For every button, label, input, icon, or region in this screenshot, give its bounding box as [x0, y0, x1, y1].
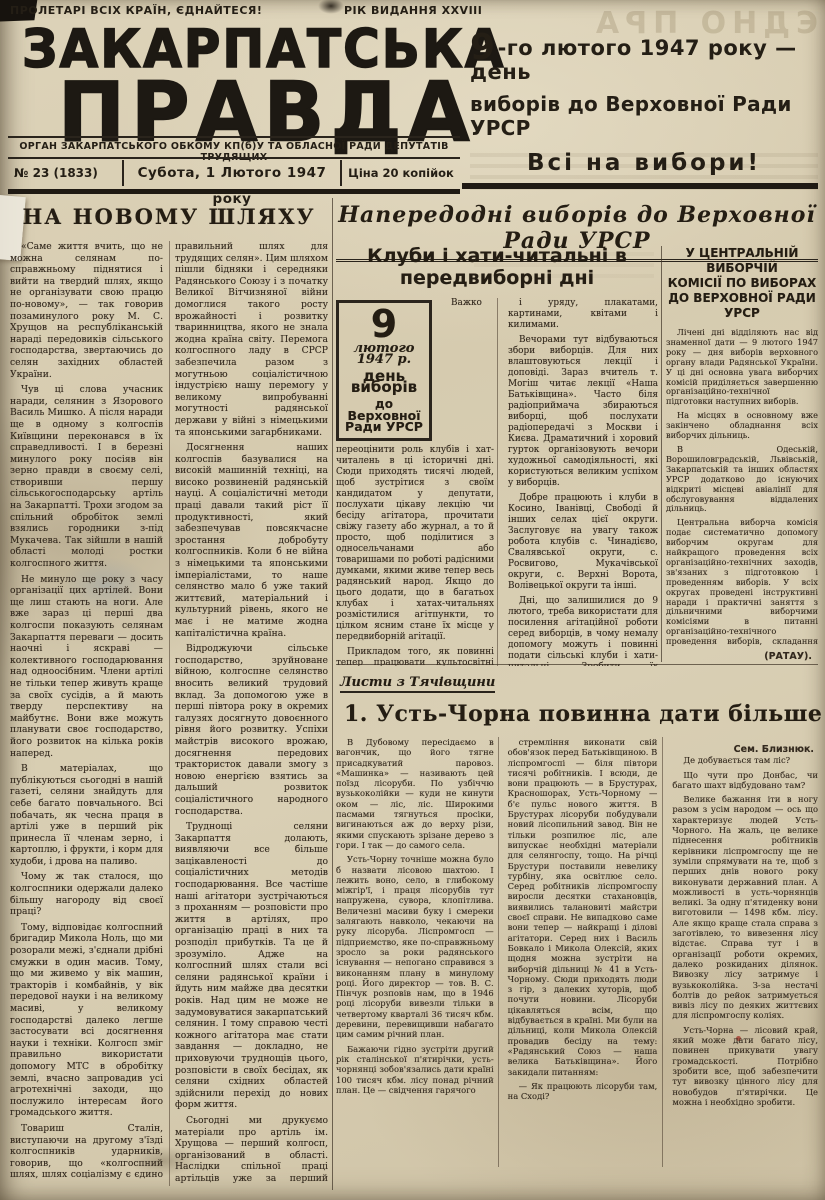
paragraph: В матеріалах, що публікуються сьогодні в… — [10, 763, 163, 867]
paragraph: На місцях в основному вже закінчено обла… — [666, 411, 818, 441]
paragraph: Вечорами тут відбуваються збори виборців… — [508, 335, 658, 489]
commission-title-line3: ДО ВЕРХОВНОЇ РАДИ УРСР — [666, 291, 818, 321]
date-box-day: 9 — [342, 309, 426, 339]
clubs-column-2: і уряду, плакатами, картинами, квітами і… — [497, 298, 658, 666]
thick-rule-right — [462, 183, 818, 189]
clubs-title-line2: передвиборні дні — [336, 268, 658, 290]
clubs-title: Клуби і хати-читальні в передвиборні дні — [336, 246, 658, 290]
edition-year: РІК ВИДАННЯ XXVIII — [344, 4, 482, 17]
paragraph: стремління виконати свій обов'язок перед… — [508, 737, 658, 1077]
paragraph: В Дубовому пересідаємо в вагончик, що йо… — [336, 737, 494, 850]
clubs-column-1: 9 лютого 1947 р. день виборів до Верховн… — [336, 298, 494, 666]
column-divider — [332, 198, 333, 1190]
paragraph: Бажаючи гідно зустріти другий рік сталін… — [336, 1044, 494, 1095]
author-signature: Сем. Близнюк. — [672, 745, 818, 755]
paragraph: Чув ці слова учасник наради, селянин з Я… — [10, 384, 163, 570]
paragraph: Труднощі селяни Закарпаття долають, вияв… — [175, 821, 328, 1111]
paragraph: Усть-Чорна — лісовий край, який може дат… — [672, 1025, 818, 1107]
rule — [8, 136, 460, 138]
commission-article: У ЦЕНТРАЛЬНІЙ ВИБОРЧІЙ КОМІСІЇ ПО ВИБОРА… — [666, 246, 818, 662]
clubs-title-line1: Клуби і хати-читальні в — [336, 246, 658, 268]
issue-price: Ціна 20 копійок — [342, 166, 460, 180]
paragraph: Досягнення наших колгоспів базувалися на… — [175, 442, 328, 639]
commission-title-line2: КОМІСІЇ ПО ВИБОРАХ — [666, 276, 818, 291]
paragraph: і уряду, плакатами, картинами, квітами і… — [508, 298, 658, 331]
announcement-line3: Всі на вибори! — [470, 150, 818, 176]
letters-headline: 1. Усть-Чорна повинна дати більше лісу! — [344, 701, 818, 727]
commission-body: Лічені дні відділяють нас від знаменної … — [666, 328, 818, 647]
section-kicker: Листи з Тячівщини — [340, 675, 495, 693]
paragraph: Велике бажання іти в ногу разом з усім н… — [672, 794, 818, 1021]
letters-column-2: стремління виконати свій обов'язок перед… — [498, 737, 658, 1167]
ink-smudge — [318, 0, 344, 14]
paragraph: Лічені дні відділяють нас від знаменної … — [666, 328, 818, 407]
commission-title-line1: У ЦЕНТРАЛЬНІЙ ВИБОРЧІЙ — [666, 246, 818, 276]
paragraph: Дні, що залишилися до 9 лютого, треба ви… — [508, 596, 658, 666]
paragraph: Прикладом того, як повинні тепер працюва… — [336, 647, 494, 666]
paragraph: Добре працюють і клуби в Косино, Іванівц… — [508, 493, 658, 592]
date-box-line5: Ради УРСР — [342, 421, 426, 432]
paragraph: Центральна виборча комісія подає система… — [666, 518, 818, 647]
clubs-columns: 9 лютого 1947 р. день виборів до Верховн… — [336, 298, 658, 666]
issue-number: № 23 (1833) — [8, 166, 122, 180]
editorial-title: НА НОВОМУ ШЛЯХУ — [10, 204, 328, 229]
editorial-article: НА НОВОМУ ШЛЯХУ «Саме життя вчить, що не… — [10, 202, 328, 1187]
letters-column-1: В Дубовому пересідаємо в вагончик, що йо… — [336, 737, 494, 1167]
editorial-body: «Саме життя вчить, що не можна селянам п… — [10, 241, 328, 1186]
rule — [8, 157, 460, 159]
clubs-article: Клуби і хати-читальні в передвиборні дні… — [336, 246, 658, 666]
paragraph: Де добувається там ліс? — [672, 755, 818, 765]
paragraph: Відроджуючи сільське господарство, зруйн… — [175, 643, 328, 817]
paragraph: Тому, відповідає колгоспний бригадир Мик… — [10, 922, 163, 1119]
commission-title: У ЦЕНТРАЛЬНІЙ ВИБОРЧІЙ КОМІСІЇ ПО ВИБОРА… — [666, 246, 818, 321]
thick-rule-left — [8, 189, 460, 194]
issue-info-row: № 23 (1833) Субота, 1 Лютого 1947 року Ц… — [8, 160, 460, 186]
issue-date: Субота, 1 Лютого 1947 року — [122, 160, 342, 186]
paragraph: Не минуло ще року з часу організації цих… — [10, 574, 163, 760]
column-divider — [661, 246, 662, 662]
paragraph: Що чути про Донбас, чи багато шахт відбу… — [672, 770, 818, 791]
paragraph: Чому ж так сталося, що колгоспники одерж… — [10, 871, 163, 917]
letters-column-3: Сем. Близнюк. Де добувається там ліс?Що … — [662, 737, 818, 1167]
newspaper-page: ЄДНО ПРА ПРОЛЕТАРІ ВСІХ КРАЇН, ЄДНАЙТЕСЯ… — [0, 0, 825, 1200]
paragraph: «Саме життя вчить, що не можна селянам п… — [10, 241, 163, 380]
election-announcement: 9-го лютого 1947 року — день виборів до … — [470, 36, 818, 176]
proletarians-slogan: ПРОЛЕТАРІ ВСІХ КРАЇН, ЄДНАЙТЕСЯ! — [10, 4, 262, 17]
announcement-line2: виборів до Верховної Ради УРСР — [470, 92, 818, 140]
news-agency-byline: (РАТАУ). — [666, 651, 818, 662]
announcement-line1: 9-го лютого 1947 року — день — [470, 36, 818, 84]
date-box-line2: виборів — [342, 382, 426, 393]
paragraph: — Як працюють лісоруби там, на Сході? — [508, 1081, 658, 1102]
election-date-box: 9 лютого 1947 р. день виборів до Верховн… — [336, 300, 432, 441]
letters-columns: В Дубовому пересідаємо в вагончик, що йо… — [336, 737, 818, 1167]
paragraph: Усть-Чорну точніше можна було б назвати … — [336, 854, 494, 1039]
letters-section: Листи з Тячівщини 1. Усть-Чорна повинна … — [336, 664, 818, 1167]
paragraph: В Одеській, Ворошиловградській, Львівськ… — [666, 445, 818, 514]
